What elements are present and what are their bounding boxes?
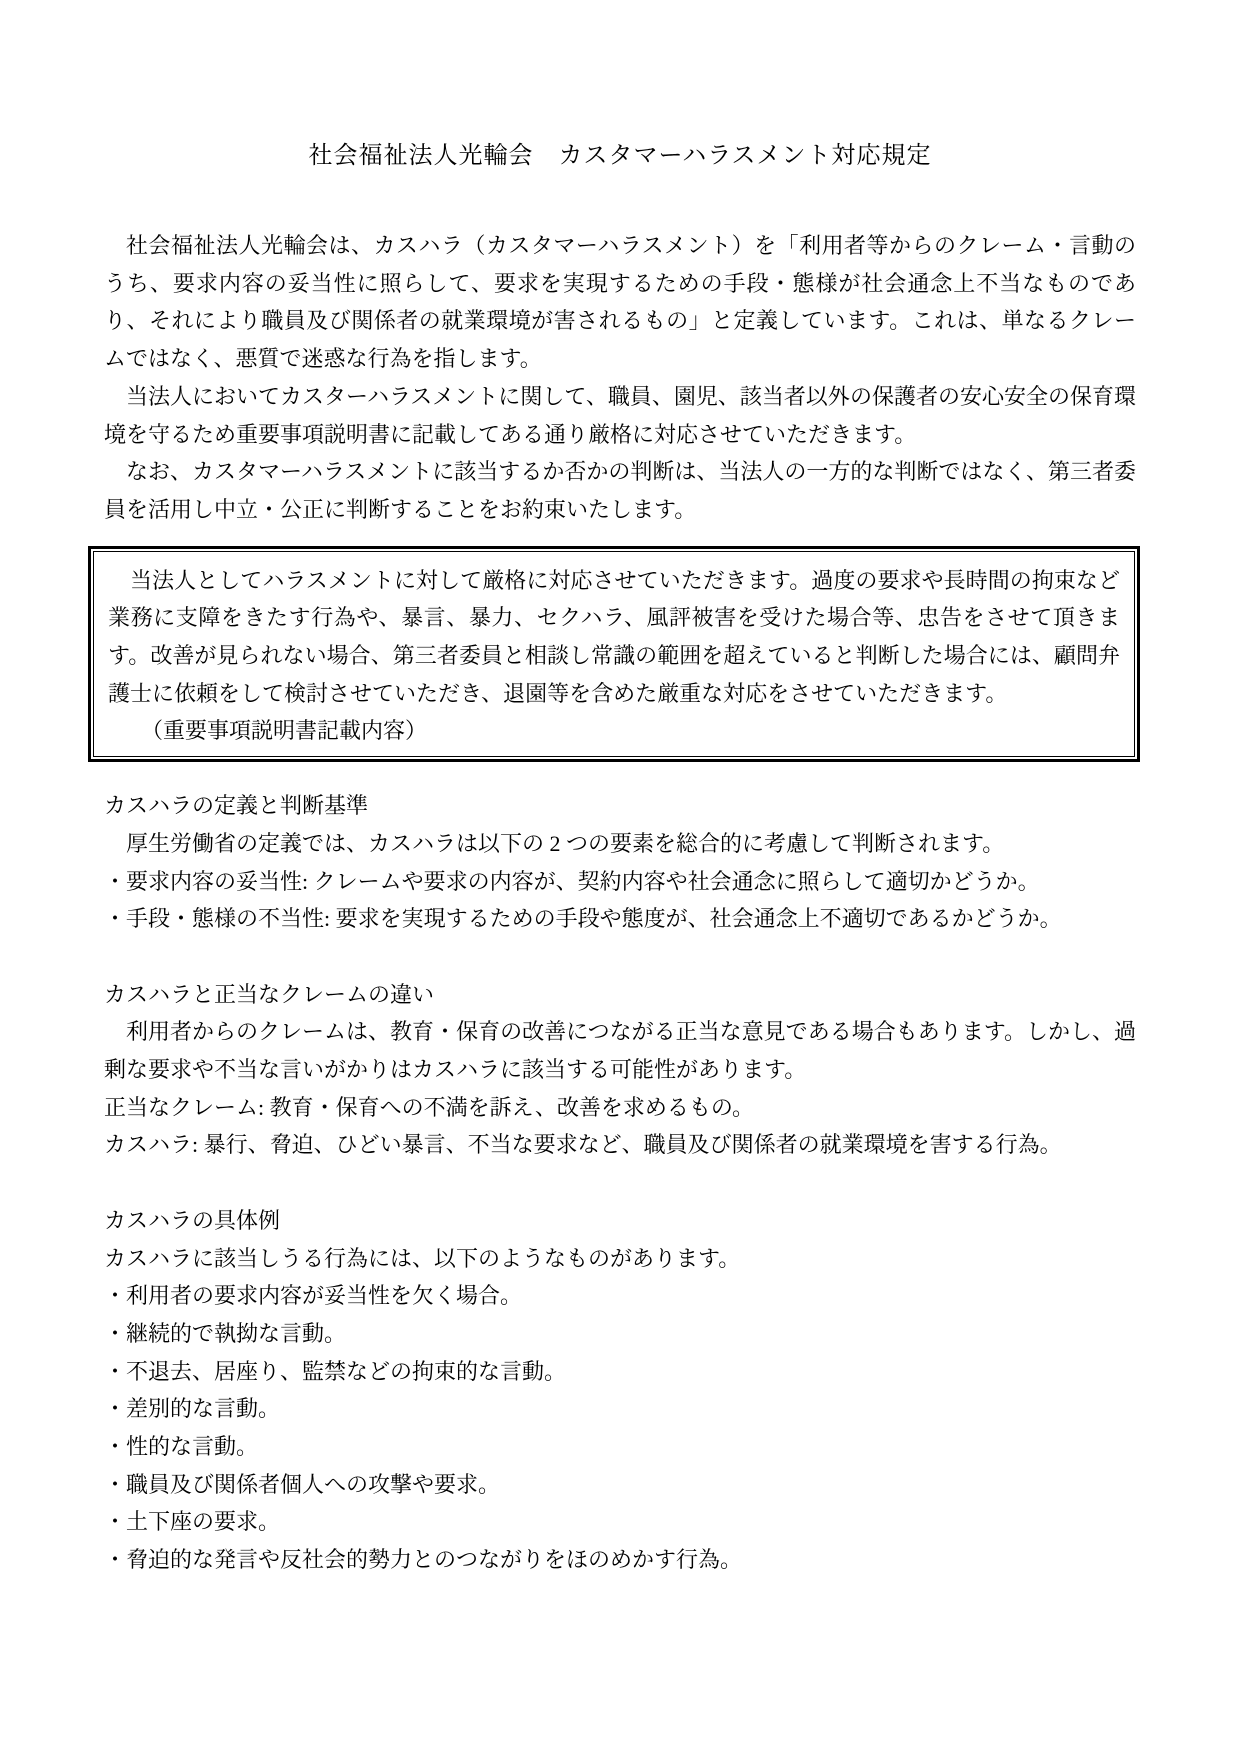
- section-definition-intro: 厚生労働省の定義では、カスハラは以下の 2 つの要素を総合的に考慮して判断されま…: [104, 825, 1136, 863]
- section-difference: カスハラと正当なクレームの違い 利用者からのクレームは、教育・保育の改善につなが…: [104, 976, 1136, 1165]
- document-content: 社会福祉法人光輪会 カスタマーハラスメント対応規定 社会福祉法人光輪会は、カスハ…: [104, 0, 1136, 1579]
- bullet-item: ・要求内容の妥当性: クレームや要求の内容が、契約内容や社会通念に照らして適切か…: [104, 863, 1136, 901]
- bullet-item: ・不退去、居座り、監禁などの拘束的な言動。: [104, 1353, 1136, 1391]
- bullet-item: ・性的な言動。: [104, 1428, 1136, 1466]
- section-examples: カスハラの具体例 カスハラに該当しうる行為には、以下のようなものがあります。 ・…: [104, 1202, 1136, 1579]
- section-heading-definition: カスハラの定義と判断基準: [104, 787, 1136, 825]
- intro-block: 社会福祉法人光輪会は、カスハラ（カスタマーハラスメント）を「利用者等からのクレー…: [104, 227, 1136, 529]
- notice-source-note: （重要事項説明書記載内容）: [108, 712, 1120, 750]
- section-difference-intro: 利用者からのクレームは、教育・保育の改善につながる正当な意見である場合もあります…: [104, 1013, 1136, 1088]
- bullet-item: ・脅迫的な発言や反社会的勢力とのつながりをほのめかす行為。: [104, 1541, 1136, 1579]
- bullet-item: ・職員及び関係者個人への攻撃や要求。: [104, 1466, 1136, 1504]
- legitimate-claim-line: 正当なクレーム: 教育・保育への不満を訴え、改善を求めるもの。: [104, 1089, 1136, 1127]
- document-title: 社会福祉法人光輪会 カスタマーハラスメント対応規定: [104, 0, 1136, 170]
- important-notice-box-inner: 当法人としてハラスメントに対して厳格に対応させていただきます。過度の要求や長時間…: [93, 551, 1135, 758]
- kasuhara-definition-line: カスハラ: 暴行、脅迫、ひどい暴言、不当な要求など、職員及び関係者の就業環境を害…: [104, 1126, 1136, 1164]
- document-page: 社会福祉法人光輪会 カスタマーハラスメント対応規定 社会福祉法人光輪会は、カスハ…: [0, 0, 1241, 1755]
- section-heading-difference: カスハラと正当なクレームの違い: [104, 976, 1136, 1014]
- definition-bullet-list: ・要求内容の妥当性: クレームや要求の内容が、契約内容や社会通念に照らして適切か…: [104, 863, 1136, 938]
- intro-paragraph-judgement: なお、カスタマーハラスメントに該当するか否かの判断は、当法人の一方的な判断ではな…: [104, 453, 1136, 528]
- section-heading-examples: カスハラの具体例: [104, 1202, 1136, 1240]
- bullet-item: ・土下座の要求。: [104, 1503, 1136, 1541]
- examples-bullet-list: ・利用者の要求内容が妥当性を欠く場合。 ・継続的で執拗な言動。 ・不退去、居座り…: [104, 1277, 1136, 1579]
- bullet-item: ・利用者の要求内容が妥当性を欠く場合。: [104, 1277, 1136, 1315]
- section-examples-intro: カスハラに該当しうる行為には、以下のようなものがあります。: [104, 1240, 1136, 1278]
- section-definition-criteria: カスハラの定義と判断基準 厚生労働省の定義では、カスハラは以下の 2 つの要素を…: [104, 787, 1136, 938]
- intro-paragraph-definition: 社会福祉法人光輪会は、カスハラ（カスタマーハラスメント）を「利用者等からのクレー…: [104, 227, 1136, 378]
- bullet-item: ・手段・態様の不当性: 要求を実現するための手段や態度が、社会通念上不適切である…: [104, 900, 1136, 938]
- notice-body-text: 当法人としてハラスメントに対して厳格に対応させていただきます。過度の要求や長時間…: [108, 562, 1120, 713]
- bullet-item: ・継続的で執拗な言動。: [104, 1315, 1136, 1353]
- intro-paragraph-policy: 当法人においてカスターハラスメントに関して、職員、園児、該当者以外の保護者の安心…: [104, 378, 1136, 453]
- important-notice-box: 当法人としてハラスメントに対して厳格に対応させていただきます。過度の要求や長時間…: [88, 546, 1140, 763]
- bullet-item: ・差別的な言動。: [104, 1390, 1136, 1428]
